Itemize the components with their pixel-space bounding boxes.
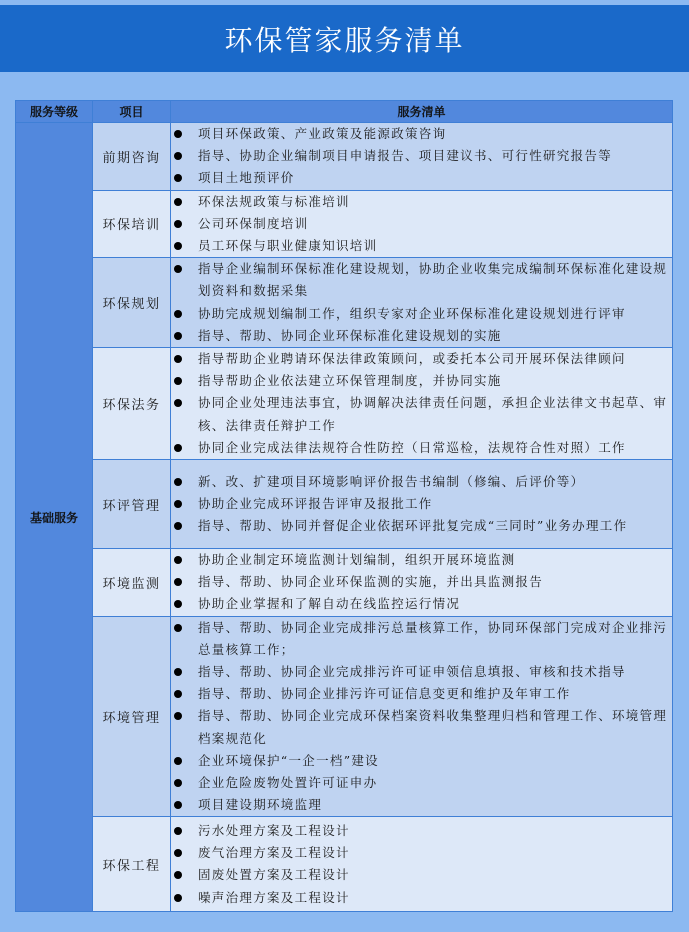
service-list-cell: 指导帮助企业聘请环保法律政策顾问，或委托本公司开展环保法律顾问指导帮助企业依法建… bbox=[171, 348, 673, 460]
bullet-icon bbox=[174, 712, 182, 720]
service-list-cell: 指导、帮助、协同企业完成排污总量核算工作，协同环保部门完成对企业排污总量核算工作… bbox=[171, 616, 673, 817]
table-row: 基础服务前期咨询项目环保政策、产业政策及能源政策咨询指导、协助企业编制项目申请报… bbox=[16, 123, 673, 191]
service-text: 协同企业处理违法事宜，协调解决法律责任问题，承担企业法律文书起草、审核、法律责任… bbox=[198, 395, 667, 432]
service-text: 企业环境保护“一企一档”建设 bbox=[198, 753, 379, 768]
bullet-icon bbox=[174, 556, 182, 564]
service-list: 指导帮助企业聘请环保法律政策顾问，或委托本公司开展环保法律顾问指导帮助企业依法建… bbox=[171, 348, 672, 459]
bullet-icon bbox=[174, 624, 182, 632]
table-body: 基础服务前期咨询项目环保政策、产业政策及能源政策咨询指导、协助企业编制项目申请报… bbox=[16, 123, 673, 912]
table-row: 环保法务指导帮助企业聘请环保法律政策顾问，或委托本公司开展环保法律顾问指导帮助企… bbox=[16, 348, 673, 460]
service-text: 指导、帮助、协同企业环保监测的实施，并出具监测报告 bbox=[198, 574, 543, 589]
service-list-item: 协同企业完成法律法规符合性防控（日常巡检，法规符合性对照）工作 bbox=[171, 437, 672, 459]
bullet-icon bbox=[174, 198, 182, 206]
service-list-item: 指导、帮助、协同企业排污许可证信息变更和维护及年审工作 bbox=[171, 683, 672, 705]
service-text: 噪声治理方案及工程设计 bbox=[198, 890, 350, 905]
service-text: 协助企业制定环境监测计划编制，组织开展环境监测 bbox=[198, 552, 515, 567]
bullet-icon bbox=[174, 668, 182, 676]
service-text: 指导帮助企业依法建立环保管理制度，并协同实施 bbox=[198, 373, 502, 388]
table-row: 环保工程污水处理方案及工程设计废气治理方案及工程设计固废处置方案及工程设计噪声治… bbox=[16, 817, 673, 912]
item-cell: 环保法务 bbox=[93, 348, 171, 460]
service-text: 污水处理方案及工程设计 bbox=[198, 823, 350, 838]
service-text: 协助企业掌握和了解自动在线监控运行情况 bbox=[198, 596, 460, 611]
service-list-item: 协同企业处理违法事宜，协调解决法律责任问题，承担企业法律文书起草、审核、法律责任… bbox=[171, 392, 672, 436]
service-list-item: 项目建设期环境监理 bbox=[171, 794, 672, 816]
item-cell: 环评管理 bbox=[93, 460, 171, 549]
service-list: 新、改、扩建项目环境影响评价报告书编制（修编、后评价等）协助企业完成环评报告评审… bbox=[171, 471, 672, 538]
service-list-item: 指导帮助企业聘请环保法律政策顾问，或委托本公司开展环保法律顾问 bbox=[171, 348, 672, 370]
bullet-icon bbox=[174, 757, 182, 765]
service-list-cell: 污水处理方案及工程设计废气治理方案及工程设计固废处置方案及工程设计噪声治理方案及… bbox=[171, 817, 673, 912]
item-cell: 前期咨询 bbox=[93, 123, 171, 191]
bullet-icon bbox=[174, 690, 182, 698]
service-list-item: 项目土地预评价 bbox=[171, 167, 672, 189]
bullet-icon bbox=[174, 500, 182, 508]
table-row: 环保培训环保法规政策与标准培训公司环保制度培训员工环保与职业健康知识培训 bbox=[16, 190, 673, 258]
service-text: 废气治理方案及工程设计 bbox=[198, 845, 350, 860]
service-list-item: 协助完成规划编制工作，组织专家对企业环保标准化建设规划进行评审 bbox=[171, 303, 672, 325]
table-row: 环境管理指导、帮助、协同企业完成排污总量核算工作，协同环保部门完成对企业排污总量… bbox=[16, 616, 673, 817]
service-list-cell: 项目环保政策、产业政策及能源政策咨询指导、协助企业编制项目申请报告、项目建议书、… bbox=[171, 123, 673, 191]
service-list-item: 废气治理方案及工程设计 bbox=[171, 842, 672, 864]
service-text: 项目建设期环境监理 bbox=[198, 797, 322, 812]
service-text: 固废处置方案及工程设计 bbox=[198, 867, 350, 882]
service-list-item: 企业危险废物处置许可证申办 bbox=[171, 772, 672, 794]
service-list: 项目环保政策、产业政策及能源政策咨询指导、协助企业编制项目申请报告、项目建议书、… bbox=[171, 123, 672, 190]
table-row: 环境监测协助企业制定环境监测计划编制，组织开展环境监测指导、帮助、协同企业环保监… bbox=[16, 549, 673, 617]
service-list-item: 指导、帮助、协同企业完成排污许可证申领信息填报、审核和技术指导 bbox=[171, 661, 672, 683]
service-list: 指导企业编制环保标准化建设规划，协助企业收集完成编制环保标准化建设规划资料和数据… bbox=[171, 258, 672, 347]
service-text: 指导、协助企业编制项目申请报告、项目建议书、可行性研究报告等 bbox=[198, 148, 612, 163]
service-list-item: 指导企业编制环保标准化建设规划，协助企业收集完成编制环保标准化建设规划资料和数据… bbox=[171, 258, 672, 302]
bullet-icon bbox=[174, 871, 182, 879]
item-cell: 环境监测 bbox=[93, 549, 171, 617]
service-list-item: 项目环保政策、产业政策及能源政策咨询 bbox=[171, 123, 672, 145]
bullet-icon bbox=[174, 600, 182, 608]
header-service-level: 服务等级 bbox=[16, 101, 93, 123]
service-text: 指导、帮助、协同并督促企业依据环评批复完成“三同时”业务办理工作 bbox=[198, 518, 627, 533]
service-text: 新、改、扩建项目环境影响评价报告书编制（修编、后评价等） bbox=[198, 474, 584, 489]
service-list-cell: 新、改、扩建项目环境影响评价报告书编制（修编、后评价等）协助企业完成环评报告评审… bbox=[171, 460, 673, 549]
service-text: 指导、帮助、协同企业完成排污许可证申领信息填报、审核和技术指导 bbox=[198, 664, 626, 679]
service-list-item: 协助企业完成环评报告评审及报批工作 bbox=[171, 493, 672, 515]
service-text: 指导、帮助、协同企业环保标准化建设规划的实施 bbox=[198, 328, 502, 343]
bullet-icon bbox=[174, 522, 182, 530]
bullet-icon bbox=[174, 332, 182, 340]
service-text: 指导、帮助、协同企业完成环保档案资料收集整理归档和管理工作、环境管理档案规范化 bbox=[198, 708, 667, 745]
page-title: 环保管家服务清单 bbox=[224, 19, 464, 59]
item-cell: 环保培训 bbox=[93, 190, 171, 258]
service-list-item: 员工环保与职业健康知识培训 bbox=[171, 235, 672, 257]
title-bar: 环保管家服务清单 bbox=[0, 5, 689, 72]
service-text: 指导、帮助、协同企业排污许可证信息变更和维护及年审工作 bbox=[198, 686, 571, 701]
header-item: 项目 bbox=[93, 101, 171, 123]
service-list-item: 污水处理方案及工程设计 bbox=[171, 820, 672, 842]
item-cell: 环保工程 bbox=[93, 817, 171, 912]
service-text: 员工环保与职业健康知识培训 bbox=[198, 238, 377, 253]
service-list-item: 指导、帮助、协同企业完成排污总量核算工作，协同环保部门完成对企业排污总量核算工作… bbox=[171, 617, 672, 661]
service-list: 指导、帮助、协同企业完成排污总量核算工作，协同环保部门完成对企业排污总量核算工作… bbox=[171, 617, 672, 817]
service-text: 协助企业完成环评报告评审及报批工作 bbox=[198, 496, 433, 511]
service-list-cell: 指导企业编制环保标准化建设规划，协助企业收集完成编制环保标准化建设规划资料和数据… bbox=[171, 258, 673, 348]
service-list: 协助企业制定环境监测计划编制，组织开展环境监测指导、帮助、协同企业环保监测的实施… bbox=[171, 549, 672, 616]
service-list-item: 指导帮助企业依法建立环保管理制度，并协同实施 bbox=[171, 370, 672, 392]
bullet-icon bbox=[174, 801, 182, 809]
service-level-cell: 基础服务 bbox=[16, 123, 93, 912]
service-text: 指导帮助企业聘请环保法律政策顾问，或委托本公司开展环保法律顾问 bbox=[198, 351, 626, 366]
bullet-icon bbox=[174, 827, 182, 835]
table-row: 环评管理新、改、扩建项目环境影响评价报告书编制（修编、后评价等）协助企业完成环评… bbox=[16, 460, 673, 549]
service-text: 指导企业编制环保标准化建设规划，协助企业收集完成编制环保标准化建设规划资料和数据… bbox=[198, 261, 667, 298]
service-list-item: 固废处置方案及工程设计 bbox=[171, 864, 672, 886]
service-text: 企业危险废物处置许可证申办 bbox=[198, 775, 377, 790]
bullet-icon bbox=[174, 174, 182, 182]
bullet-icon bbox=[174, 894, 182, 902]
bullet-icon bbox=[174, 220, 182, 228]
service-list-item: 噪声治理方案及工程设计 bbox=[171, 887, 672, 909]
service-list: 污水处理方案及工程设计废气治理方案及工程设计固废处置方案及工程设计噪声治理方案及… bbox=[171, 820, 672, 909]
service-text: 环保法规政策与标准培训 bbox=[198, 194, 350, 209]
service-list-item: 指导、协助企业编制项目申请报告、项目建议书、可行性研究报告等 bbox=[171, 145, 672, 167]
service-table: 服务等级 项目 服务清单 基础服务前期咨询项目环保政策、产业政策及能源政策咨询指… bbox=[15, 100, 673, 912]
service-list: 环保法规政策与标准培训公司环保制度培训员工环保与职业健康知识培训 bbox=[171, 191, 672, 258]
bullet-icon bbox=[174, 152, 182, 160]
bullet-icon bbox=[174, 849, 182, 857]
item-cell: 环境管理 bbox=[93, 616, 171, 817]
service-text: 项目土地预评价 bbox=[198, 170, 295, 185]
service-list-item: 协助企业制定环境监测计划编制，组织开展环境监测 bbox=[171, 549, 672, 571]
service-text: 协同企业完成法律法规符合性防控（日常巡检，法规符合性对照）工作 bbox=[198, 440, 626, 455]
service-list-item: 协助企业掌握和了解自动在线监控运行情况 bbox=[171, 593, 672, 615]
bullet-icon bbox=[174, 444, 182, 452]
bullet-icon bbox=[174, 265, 182, 273]
service-list-item: 指导、帮助、协同企业环保标准化建设规划的实施 bbox=[171, 325, 672, 347]
bullet-icon bbox=[174, 377, 182, 385]
bullet-icon bbox=[174, 355, 182, 363]
service-text: 公司环保制度培训 bbox=[198, 216, 308, 231]
service-list-cell: 协助企业制定环境监测计划编制，组织开展环境监测指导、帮助、协同企业环保监测的实施… bbox=[171, 549, 673, 617]
header-service-list: 服务清单 bbox=[171, 101, 673, 123]
service-list-item: 企业环境保护“一企一档”建设 bbox=[171, 750, 672, 772]
bullet-icon bbox=[174, 578, 182, 586]
bullet-icon bbox=[174, 310, 182, 318]
service-text: 项目环保政策、产业政策及能源政策咨询 bbox=[198, 126, 446, 141]
service-text: 指导、帮助、协同企业完成排污总量核算工作，协同环保部门完成对企业排污总量核算工作… bbox=[198, 620, 667, 657]
service-list-item: 环保法规政策与标准培训 bbox=[171, 191, 672, 213]
bullet-icon bbox=[174, 242, 182, 250]
service-text: 协助完成规划编制工作，组织专家对企业环保标准化建设规划进行评审 bbox=[198, 306, 626, 321]
bullet-icon bbox=[174, 478, 182, 486]
service-list-cell: 环保法规政策与标准培训公司环保制度培训员工环保与职业健康知识培训 bbox=[171, 190, 673, 258]
service-list-item: 公司环保制度培训 bbox=[171, 213, 672, 235]
bullet-icon bbox=[174, 130, 182, 138]
bullet-icon bbox=[174, 779, 182, 787]
table-header-row: 服务等级 项目 服务清单 bbox=[16, 101, 673, 123]
table-row: 环保规划指导企业编制环保标准化建设规划，协助企业收集完成编制环保标准化建设规划资… bbox=[16, 258, 673, 348]
item-cell: 环保规划 bbox=[93, 258, 171, 348]
bullet-icon bbox=[174, 399, 182, 407]
service-list-item: 指导、帮助、协同企业完成环保档案资料收集整理归档和管理工作、环境管理档案规范化 bbox=[171, 705, 672, 749]
service-list-item: 指导、帮助、协同并督促企业依据环评批复完成“三同时”业务办理工作 bbox=[171, 515, 672, 537]
service-list-item: 新、改、扩建项目环境影响评价报告书编制（修编、后评价等） bbox=[171, 471, 672, 493]
service-list-item: 指导、帮助、协同企业环保监测的实施，并出具监测报告 bbox=[171, 571, 672, 593]
